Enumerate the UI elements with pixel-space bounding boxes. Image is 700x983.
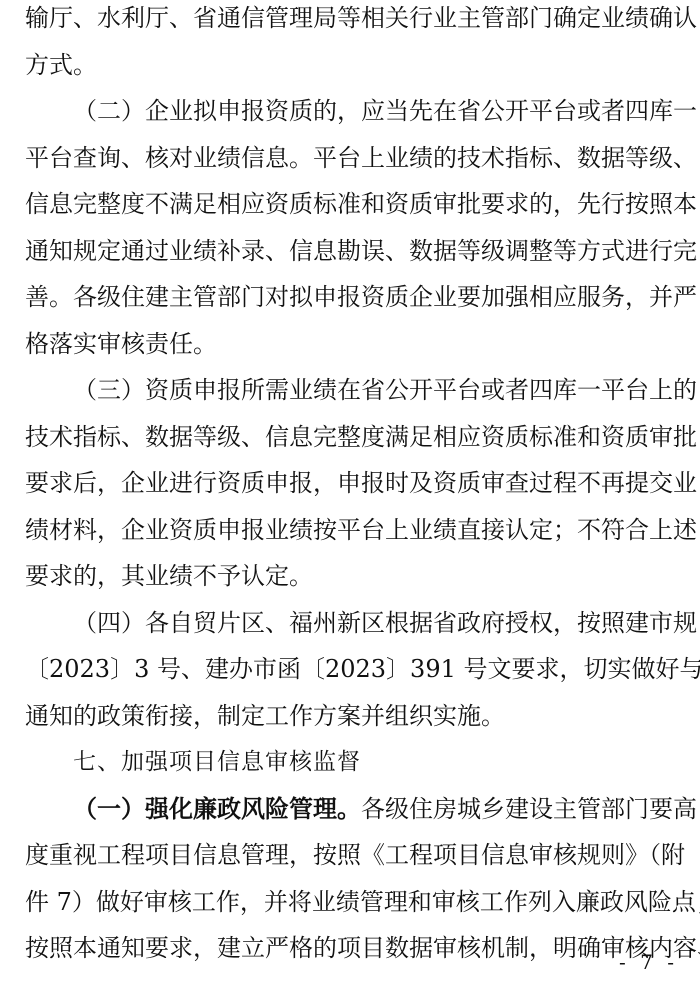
paragraph-line: 件 7）做好审核工作，并将业绩管理和审核工作列入廉政风险点；	[25, 887, 680, 917]
paragraph-line: 按照本通知要求，建立严格的项目数据审核机制，明确审核内容、	[25, 933, 680, 963]
paragraph-text: 各级住房城乡建设主管部门要高	[361, 795, 697, 823]
section-heading: 七、加强项目信息审核监督	[73, 747, 680, 777]
page-number: - 7 -	[619, 950, 678, 974]
paragraph-line: （二）企业拟申报资质的，应当先在省公开平台或者四库一	[73, 96, 680, 126]
paragraph-line: 要求后，企业进行资质申报，申报时及资质审查过程不再提交业	[25, 468, 680, 498]
paragraph-line: 信息完整度不满足相应资质标准和资质审批要求的，先行按照本	[25, 189, 680, 219]
paragraph-line: 格落实审核责任。	[25, 329, 680, 359]
paragraph-line: （一）强化廉政风险管理。各级住房城乡建设主管部门要高	[73, 794, 680, 824]
paragraph-line: 技术指标、数据等级、信息完整度满足相应资质标准和资质审批	[25, 422, 680, 452]
paragraph-line: 善。各级住建主管部门对拟申报资质企业要加强相应服务，并严	[25, 282, 680, 312]
paragraph-line: 通知的政策衔接，制定工作方案并组织实施。	[25, 701, 680, 731]
paragraph-line: 〔2023〕3 号、建办市函〔2023〕391 号文要求，切实做好与本	[25, 654, 680, 684]
paragraph-line: 方式。	[25, 50, 680, 80]
paragraph-line: 要求的，其业绩不予认定。	[25, 561, 680, 591]
paragraph-line: 平台查询、核对业绩信息。平台上业绩的技术指标、数据等级、	[25, 143, 680, 173]
paragraph-line: 度重视工程项目信息管理，按照《工程项目信息审核规则》（附	[25, 840, 680, 870]
paragraph-line: （四）各自贸片区、福州新区根据省政府授权，按照建市规	[73, 608, 680, 638]
paragraph-line: 绩材料，企业资质申报业绩按平台上业绩直接认定；不符合上述	[25, 515, 680, 545]
document-page: 输厅、水利厅、省通信管理局等相关行业主管部门确定业绩确认 方式。 （二）企业拟申…	[0, 0, 700, 983]
paragraph-line: 通知规定通过业绩补录、信息勘误、数据等级调整等方式进行完	[25, 236, 680, 266]
paragraph-line: （三）资质申报所需业绩在省公开平台或者四库一平台上的	[73, 375, 680, 405]
paragraph-line: 输厅、水利厅、省通信管理局等相关行业主管部门确定业绩确认	[25, 3, 680, 33]
subsection-title: （一）强化廉政风险管理。	[73, 794, 361, 823]
